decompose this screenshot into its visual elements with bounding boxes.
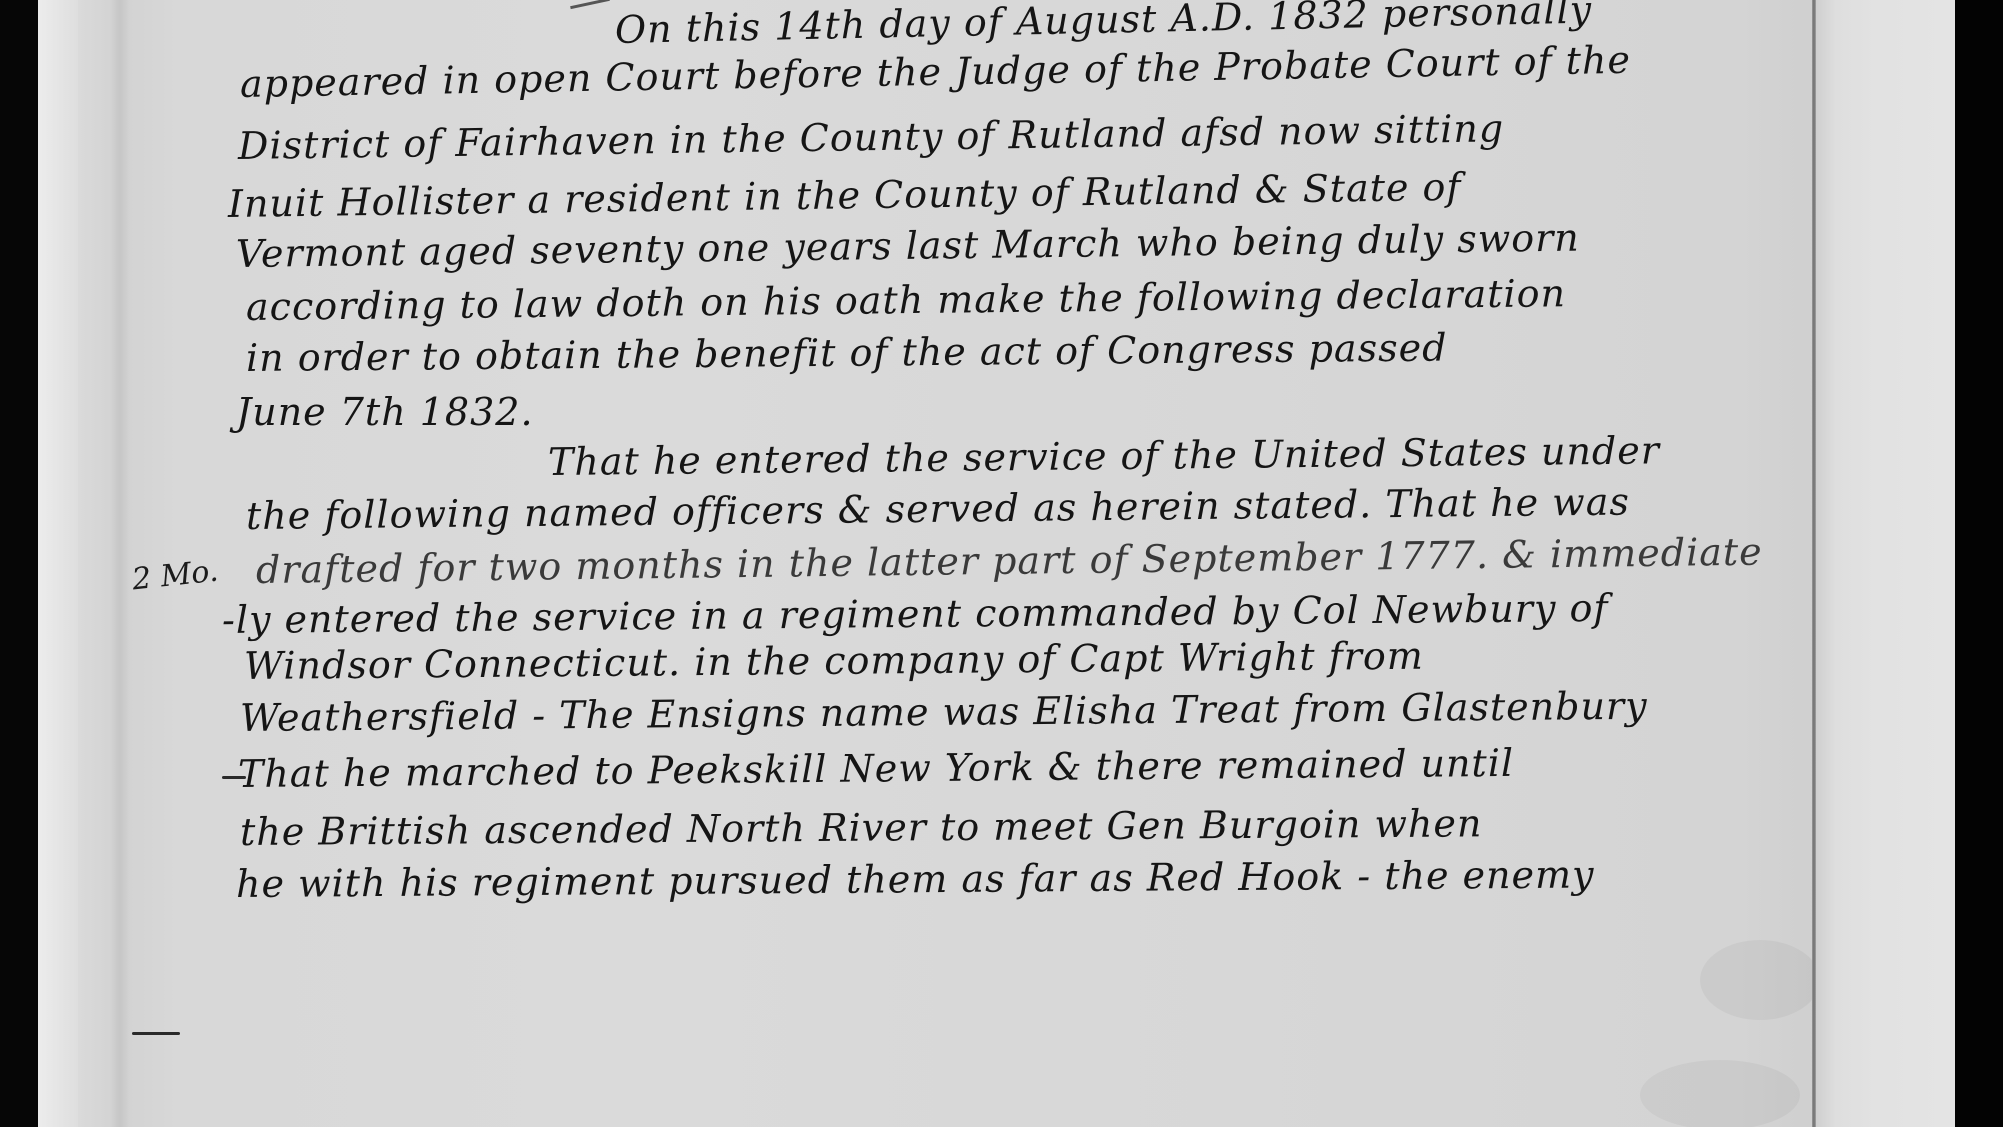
- underlying-sheet: [1816, 0, 1955, 1127]
- text-line-16: the Brittish ascended North River to mee…: [240, 801, 1483, 854]
- margin-dash-mark: [222, 776, 246, 779]
- text-line-8: June 7th 1832.: [236, 390, 534, 434]
- margin-dash-mark: [132, 1032, 180, 1035]
- page-fold-shadow: [110, 0, 130, 1127]
- paper-stain: [1700, 940, 1820, 1020]
- page-left-edge: [38, 0, 78, 1127]
- paper-stain: [1640, 1060, 1800, 1127]
- page-right-edge-line: [1812, 0, 1816, 1127]
- right-scan-border: [1955, 0, 2003, 1127]
